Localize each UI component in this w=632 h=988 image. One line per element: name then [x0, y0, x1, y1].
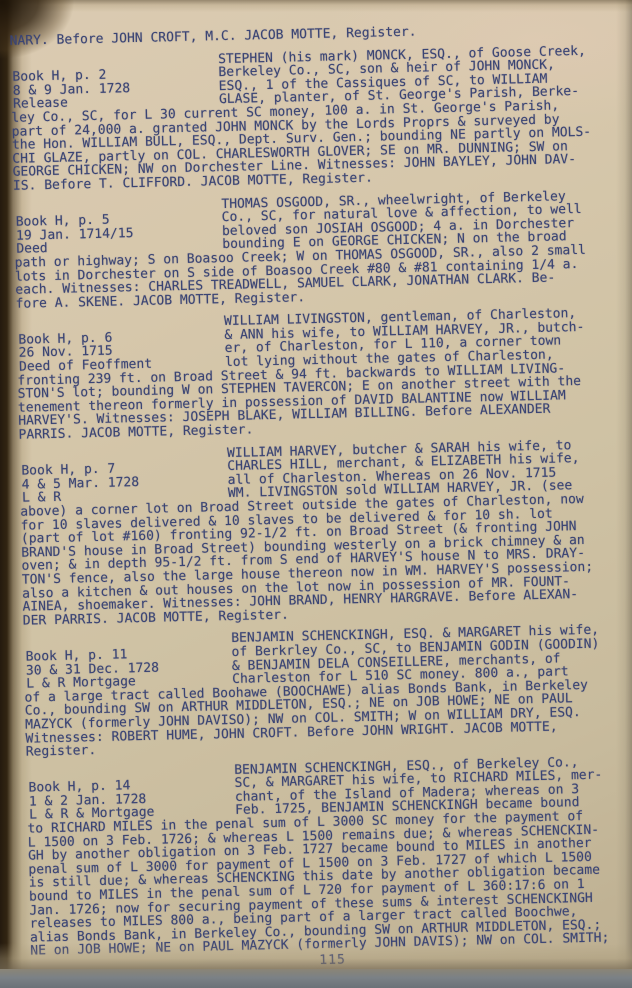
entry-type: Release	[13, 95, 131, 111]
table-surface-strip	[0, 969, 632, 988]
entry-type: L & R	[22, 489, 140, 505]
entry-type: L & R & Mortgage	[29, 806, 155, 822]
entry-labels: Book H, p. 6 26 Nov. 1715 Deed of Feoffm…	[18, 331, 152, 375]
entry-abstract-head: WILLIAM LIVINGSTON, gentleman, of Charle…	[224, 306, 621, 369]
deed-entry-book-h-p14: Book H, p. 14 1 & 2 Jan. 1728 L & R & Mo…	[26, 755, 632, 959]
deed-entry-book-h-p5: Book H, p. 5 19 Jan. 1714/15 Deed THOMAS…	[13, 189, 619, 311]
entry-continuation: to RICHARD MILES in the penal sum of L 3…	[27, 809, 632, 959]
entry-continuation: fronting 239 ft. on Broad Street & 94 ft…	[17, 361, 622, 443]
entry-labels: Book H, p. 2 8 & 9 Jan. 1728 Release	[12, 68, 130, 111]
scanned-book-page-photo: NARY. Before JOHN CROFT, M.C. JACOB MOTT…	[0, 0, 632, 988]
entry-labels: Book H, p. 14 1 & 2 Jan. 1728 L & R & Mo…	[28, 779, 154, 823]
entry-abstract-head: WILLIAM HARVEY, butcher & SARAH his wife…	[227, 438, 624, 501]
deed-entry-book-h-p7: Book H, p. 7 4 & 5 Mar. 1728 L & R WILLI…	[19, 438, 627, 628]
entry-labels: Book H, p. 7 4 & 5 Mar. 1728 L & R	[21, 462, 139, 505]
entry-abstract-head: STEPHEN (his mark) MONCK, ESQ., of Goose…	[218, 44, 615, 107]
page-text-block: NARY. Before JOHN CROFT, M.C. JACOB MOTT…	[0, 0, 632, 975]
deed-entry-book-h-p6: Book H, p. 6 26 Nov. 1715 Deed of Feoffm…	[16, 306, 623, 442]
entry-continuation: ley Co., SC, for L 30 current SC money, …	[11, 98, 617, 193]
entry-continuation: of a large tract called Boohawe (BOOCHAW…	[24, 678, 629, 760]
entry-type: Deed	[16, 240, 134, 256]
entry-labels: Book H, p. 11 30 & 31 Dec. 1728 L & R Mo…	[25, 648, 159, 692]
entry-abstract-head: THOMAS OSGOOD, SR., wheelwright, of Berk…	[221, 189, 618, 252]
entry-type: Deed of Feoffment	[19, 358, 152, 375]
entry-abstract-head: BENJAMIN SCHENCKINGH, ESQ. & MARGARET hi…	[231, 623, 628, 686]
page-bottom-edge-shadow	[0, 943, 632, 971]
entry-labels: Book H, p. 5 19 Jan. 1714/15 Deed	[16, 213, 134, 256]
entry-date: 4 & 5 Mar. 1728	[22, 476, 140, 492]
entry-continuation: above) a corner lot on Broad Street outs…	[20, 492, 627, 628]
deed-entry-book-h-p2: Book H, p. 2 8 & 9 Jan. 1728 Release STE…	[10, 44, 617, 194]
entry-abstract-head: BENJAMIN SCHENCKINGH, ESQ., of Berkeley …	[234, 755, 631, 818]
deed-entry-book-h-p11: Book H, p. 11 30 & 31 Dec. 1728 L & R Mo…	[23, 623, 630, 759]
